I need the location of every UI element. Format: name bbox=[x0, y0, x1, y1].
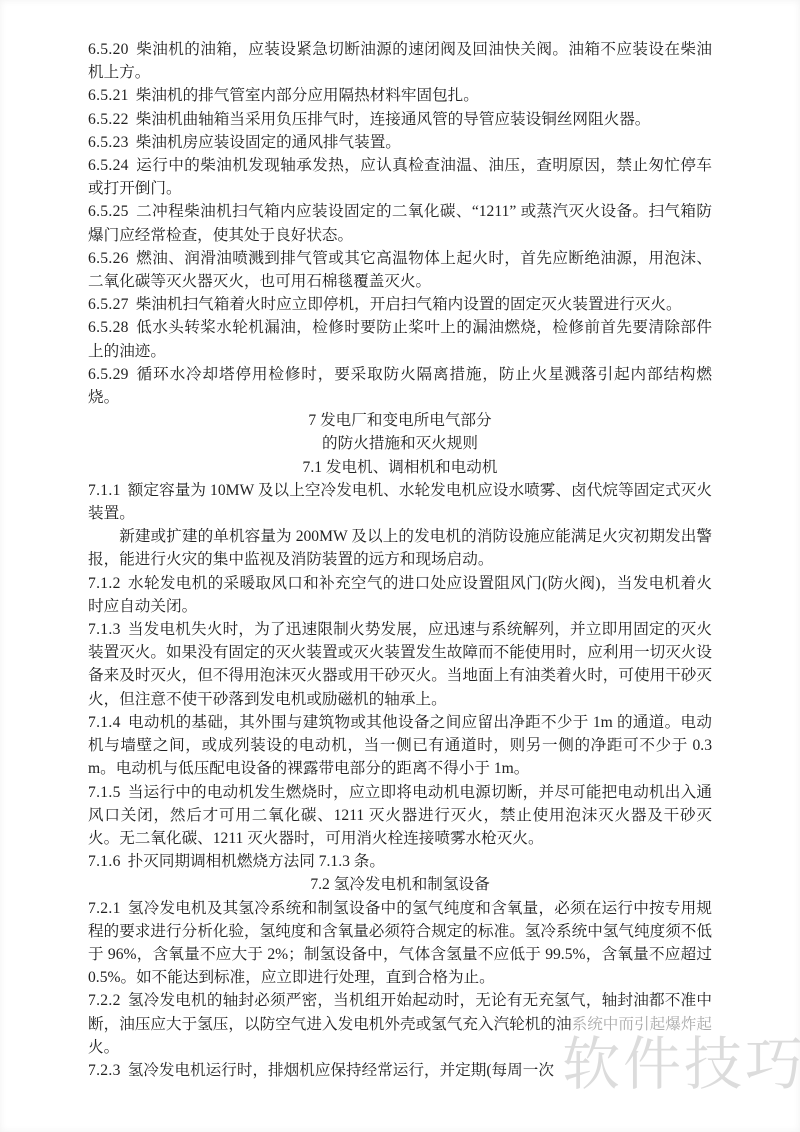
section-7-2-title: 7.2 氢冷发电机和制氢设备 bbox=[88, 873, 712, 896]
document-content: 6.5.20柴油机的油箱，应装设紧急切断油源的速闭阀及回油快关阀。油箱不应装设在… bbox=[88, 38, 712, 1082]
clause-7-1-1-paragraph-2: 新建或扩建的单机容量为 200MW 及以上的发电机的消防设施应能满足火灾初期发出… bbox=[88, 525, 712, 571]
document-page: 6.5.20柴油机的油箱，应装设紧急切断油源的速闭阀及回油快关阀。油箱不应装设在… bbox=[0, 0, 800, 1132]
clause-7-1-5: 7.1.5当运行中的电动机发生燃烧时，应立即将电动机电源切断，并尽可能把电动机出… bbox=[88, 781, 712, 851]
clause-7-1-3: 7.1.3当发电机失火时，为了迅速限制火势发展，应迅速与系统解列，并立即用固定的… bbox=[88, 618, 712, 711]
clause-6-5-26: 6.5.26燃油、润滑油喷溅到排气管或其它高温物体上起火时，首先应断绝油源，用泡… bbox=[88, 247, 712, 293]
clause-number: 6.5.29 bbox=[88, 366, 129, 383]
clause-text: 扑灭同期调相机燃烧方法同 7.1.3 条。 bbox=[128, 853, 385, 870]
clause-number: 6.5.25 bbox=[88, 203, 129, 220]
clause-7-1-4: 7.1.4电动机的基础，其外围与建筑物或其他设备之间应留出净距不少于 1m 的通… bbox=[88, 711, 712, 781]
clause-number: 6.5.21 bbox=[88, 87, 129, 104]
clause-6-5-23: 6.5.23柴油机房应装设固定的通风排气装置。 bbox=[88, 131, 712, 154]
clause-text: 氢冷发电机运行时，排烟机应保持经常运行，并定期(每周一次 bbox=[128, 1062, 554, 1079]
clause-7-1-1: 7.1.1额定容量为 10MW 及以上空冷发电机、水轮发电机应设水喷雾、卤代烷等… bbox=[88, 479, 712, 525]
clause-6-5-25: 6.5.25二冲程柴油机扫气箱内应装设固定的二氧化碳、“1211” 或蒸汽灭火设… bbox=[88, 200, 712, 246]
clause-text: 柴油机房应装设固定的通风排气装置。 bbox=[136, 134, 401, 151]
clause-6-5-28: 6.5.28低水头转桨水轮机漏油，检修时要防止桨叶上的漏油燃烧，检修前首先要清除… bbox=[88, 316, 712, 362]
clause-7-2-1: 7.2.1氢冷发电机及其氢冷系统和制氢设备中的氢气纯度和含氧量，必须在运行中按专… bbox=[88, 897, 712, 990]
clause-number: 7.1.6 bbox=[88, 853, 121, 870]
clause-text: 柴油机的油箱，应装设紧急切断油源的速闭阀及回油快关阀。油箱不应装设在柴油机上方。 bbox=[88, 41, 712, 81]
clause-7-1-2: 7.1.2水轮发电机的采暖取风口和补充空气的进口处应设置阻风门(防火阀)，当发电… bbox=[88, 572, 712, 618]
clause-text: 燃油、润滑油喷溅到排气管或其它高温物体上起火时，首先应断绝油源，用泡沫、二氧化碳… bbox=[88, 250, 712, 290]
clause-number: 7.2.2 bbox=[88, 992, 121, 1009]
clause-6-5-22: 6.5.22柴油机曲轴箱当采用负压排气时，连接通风管的导管应装设铜丝网阻火器。 bbox=[88, 108, 712, 131]
clause-number: 7.1.5 bbox=[88, 784, 121, 801]
clause-number: 6.5.23 bbox=[88, 134, 129, 151]
clause-text: 低水头转桨水轮机漏油，检修时要防止桨叶上的漏油燃烧，检修前首先要清除部件上的油迹… bbox=[88, 319, 712, 359]
watermark: 软件技巧 bbox=[562, 1030, 800, 1100]
clause-7-1-6: 7.1.6扑灭同期调相机燃烧方法同 7.1.3 条。 bbox=[88, 850, 712, 873]
clause-text: 柴油机曲轴箱当采用负压排气时，连接通风管的导管应装设铜丝网阻火器。 bbox=[136, 111, 651, 128]
clause-number: 6.5.28 bbox=[88, 319, 129, 336]
clause-text: 柴油机的排气管室内部分应用隔热材料牢固包扎。 bbox=[136, 87, 479, 104]
clause-number: 7.1.4 bbox=[88, 714, 121, 731]
clause-text: 柴油机扫气箱着火时应立即停机，开启扫气箱内设置的固定灭火装置进行灭火。 bbox=[136, 296, 682, 313]
clause-text: 当发电机失火时，为了迅速限制火势发展，应迅速与系统解列，并立即用固定的灭火装置灭… bbox=[88, 621, 712, 708]
chapter-7-title-line2: 的防火措施和灭火规则 bbox=[88, 432, 712, 455]
clause-text: 当运行中的电动机发生燃烧时，应立即将电动机电源切断，并尽可能把电动机出入通风口关… bbox=[88, 784, 712, 847]
clause-text: 水轮发电机的采暖取风口和补充空气的进口处应设置阻风门(防火阀)，当发电机着火时应… bbox=[88, 575, 712, 615]
chapter-7-title-line1: 7 发电厂和变电所电气部分 bbox=[88, 409, 712, 432]
clause-number: 7.2.1 bbox=[88, 900, 121, 917]
clause-text: 循环水冷却塔停用检修时，要采取防火隔离措施，防止火星溅落引起内部结构燃烧。 bbox=[88, 366, 712, 406]
clause-6-5-27: 6.5.27柴油机扫气箱着火时应立即停机，开启扫气箱内设置的固定灭火装置进行灭火… bbox=[88, 293, 712, 316]
clause-text: 二冲程柴油机扫气箱内应装设固定的二氧化碳、“1211” 或蒸汽灭火设备。扫气箱防… bbox=[88, 203, 712, 243]
clause-number: 6.5.24 bbox=[88, 157, 129, 174]
clause-number: 6.5.27 bbox=[88, 296, 129, 313]
clause-text: 电动机的基础，其外围与建筑物或其他设备之间应留出净距不少于 1m 的通道。电动机… bbox=[88, 714, 712, 777]
clause-number: 6.5.26 bbox=[88, 250, 129, 267]
clause-text: 额定容量为 10MW 及以上空冷发电机、水轮发电机应设水喷雾、卤代烷等固定式灭火… bbox=[88, 482, 712, 522]
clause-text: 运行中的柴油机发现轴承发热，应认真检查油温、油压，查明原因，禁止匆忙停车或打开倒… bbox=[88, 157, 712, 197]
clause-6-5-24: 6.5.24运行中的柴油机发现轴承发热，应认真检查油温、油压，查明原因，禁止匆忙… bbox=[88, 154, 712, 200]
clause-number: 7.1.1 bbox=[88, 482, 121, 499]
clause-number: 7.1.3 bbox=[88, 621, 121, 638]
clause-number: 7.2.3 bbox=[88, 1062, 121, 1079]
clause-number: 6.5.22 bbox=[88, 111, 129, 128]
clause-text: 火。 bbox=[88, 1039, 119, 1056]
clause-text: 氢冷发电机及其氢冷系统和制氢设备中的氢气纯度和含氧量，必须在运行中按专用规程的要… bbox=[88, 900, 712, 987]
clause-6-5-21: 6.5.21柴油机的排气管室内部分应用隔热材料牢固包扎。 bbox=[88, 84, 712, 107]
clause-6-5-29: 6.5.29循环水冷却塔停用检修时，要采取防火隔离措施，防止火星溅落引起内部结构… bbox=[88, 363, 712, 409]
section-7-1-title: 7.1 发电机、调相机和电动机 bbox=[88, 456, 712, 479]
clause-6-5-20: 6.5.20柴油机的油箱，应装设紧急切断油源的速闭阀及回油快关阀。油箱不应装设在… bbox=[88, 38, 712, 84]
clause-number: 7.1.2 bbox=[88, 575, 121, 592]
clause-number: 6.5.20 bbox=[88, 41, 129, 58]
